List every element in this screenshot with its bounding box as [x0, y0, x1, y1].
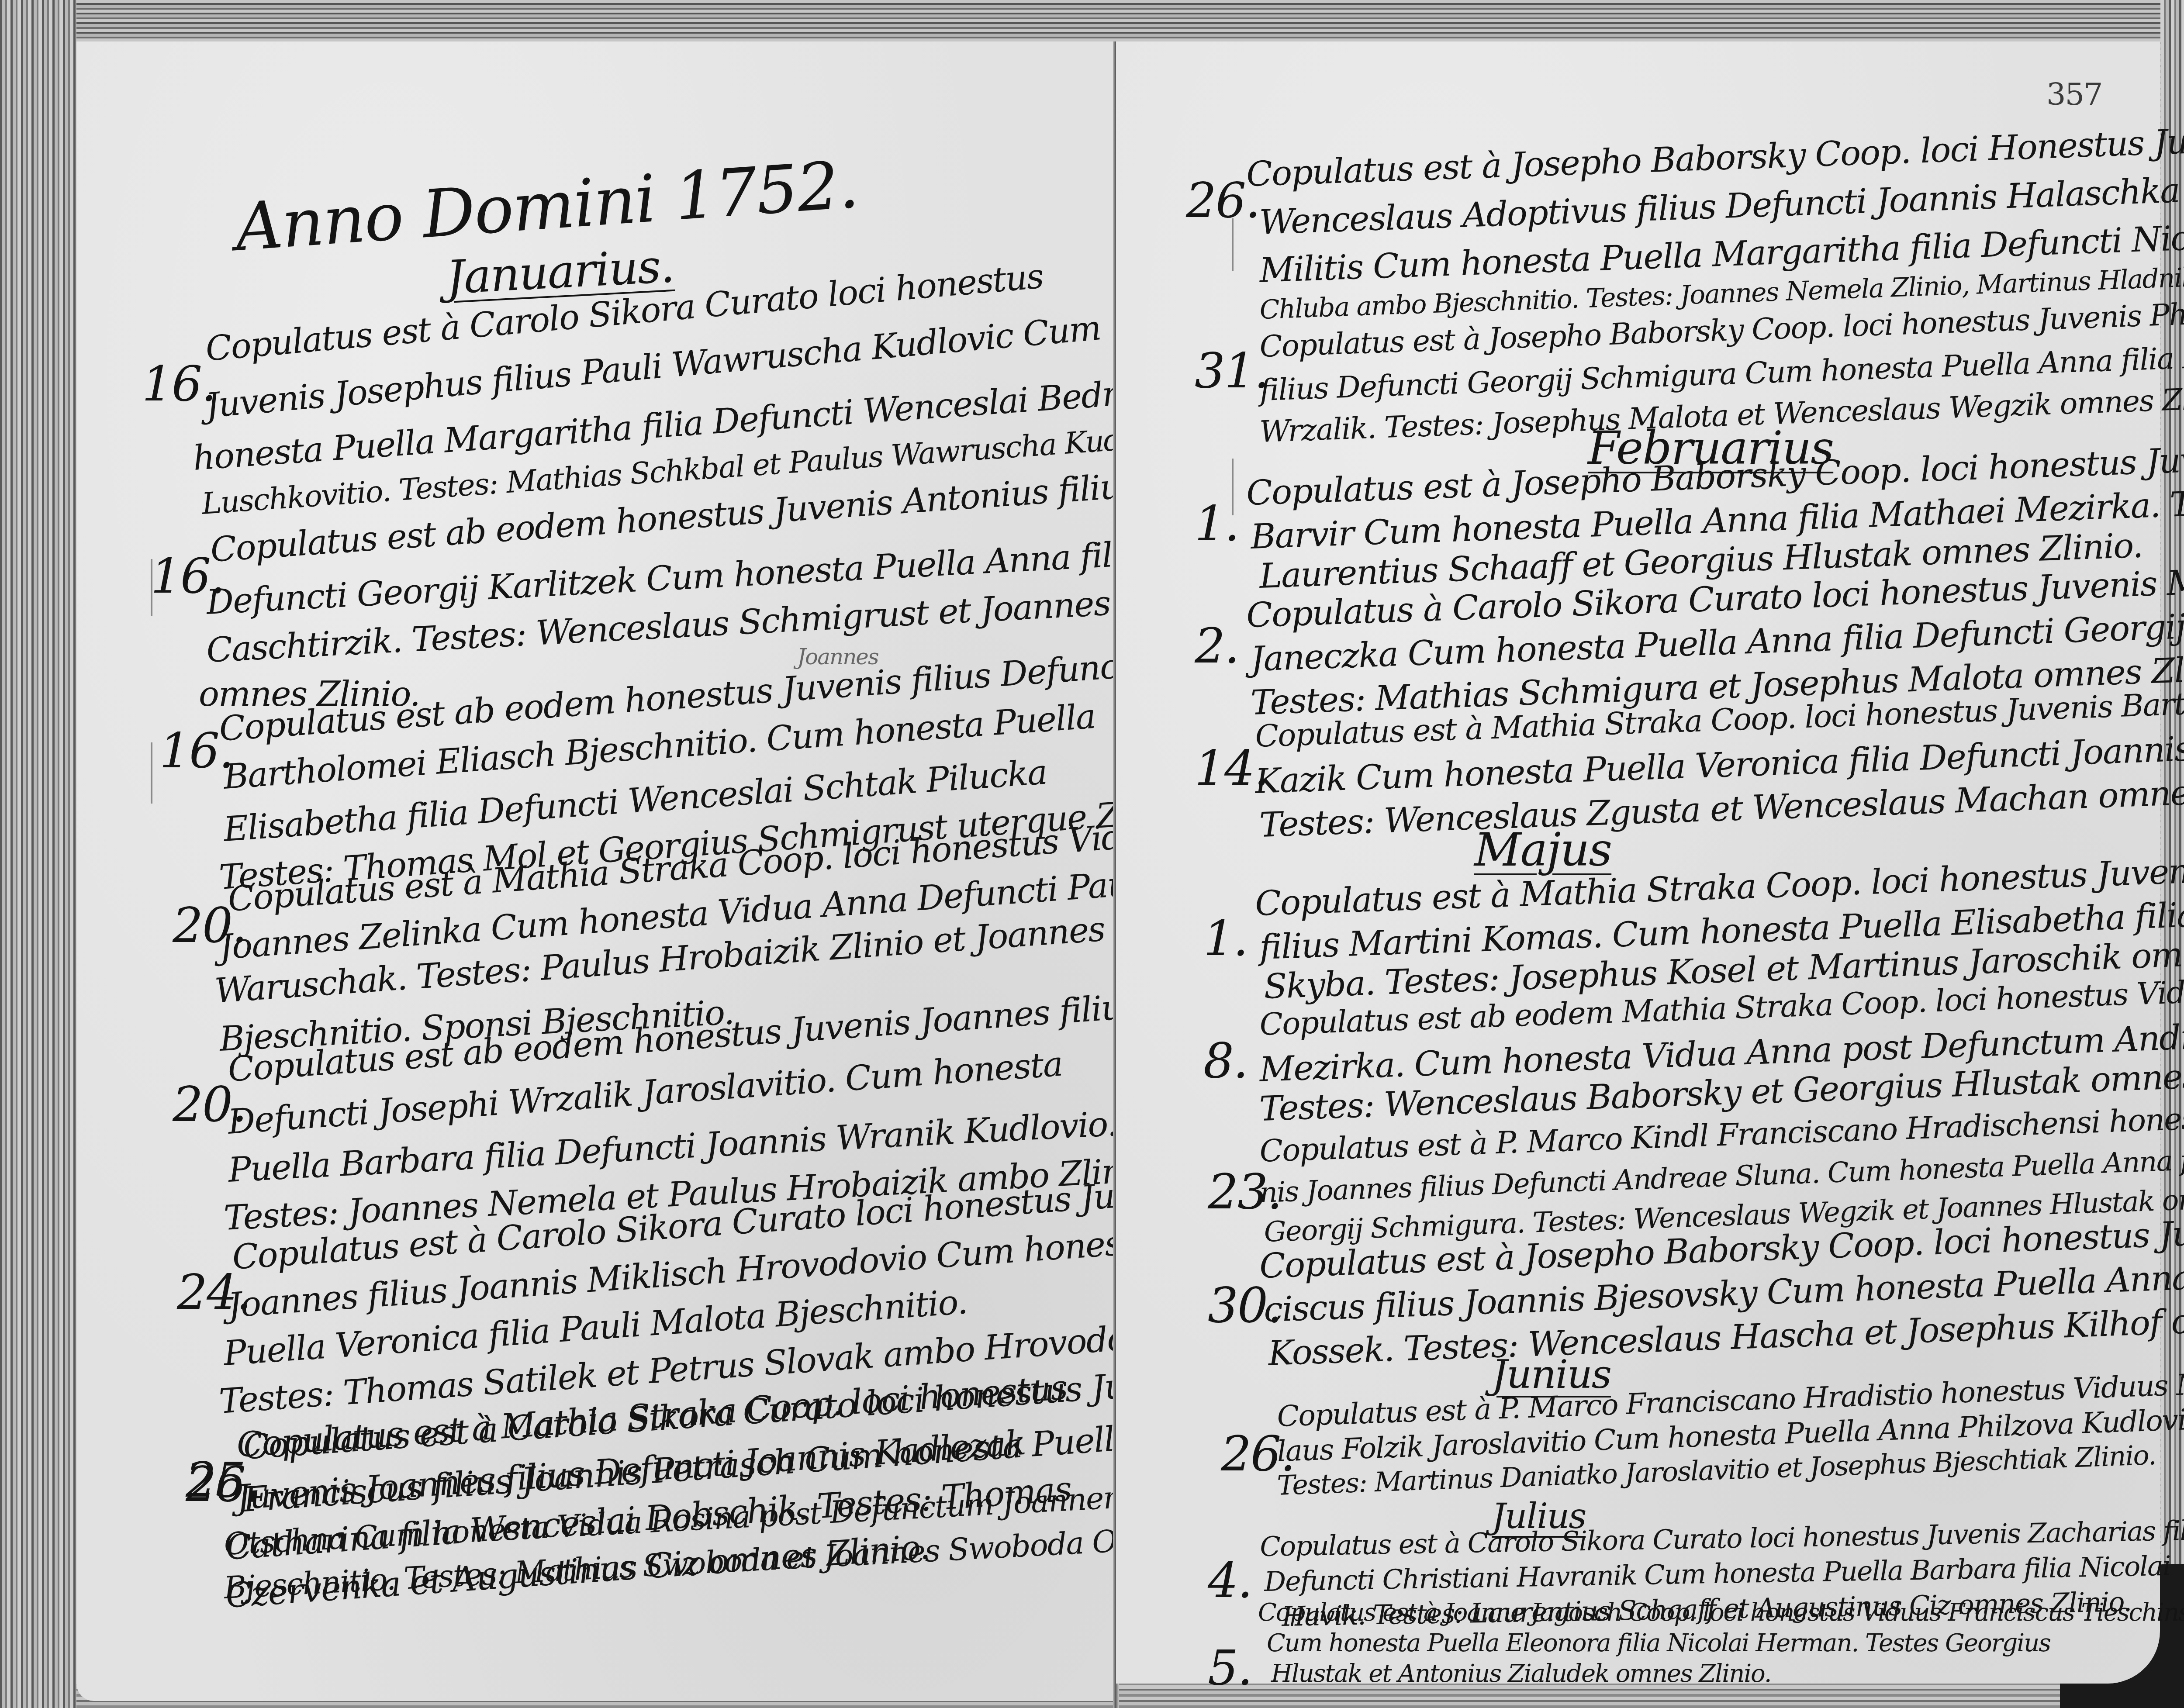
pencil-margin-mark [1232, 459, 1234, 515]
entry-day: 31. [1195, 343, 1268, 399]
entry-day: 8. [1203, 1033, 1248, 1089]
page-stack-top-edge [0, 0, 2184, 41]
entry-day: 2. [1195, 618, 1239, 674]
pencil-margin-mark [1232, 218, 1234, 271]
entry-line: Hlustak et Antonius Zialudek omnes Zlini… [1271, 1660, 1771, 1688]
pencil-margin-mark [151, 742, 152, 804]
right-page: 357 26. Copulatus est à Josepho Baborsky… [1116, 41, 2160, 1684]
entry-day: 16. [142, 356, 216, 412]
entry-day: 5. [1208, 1640, 1252, 1696]
entry-line: Cum honesta Puella Eleonora filia Nicola… [1267, 1629, 2050, 1657]
entry-line: Copulatus est à Joanne Jagosch Coop. loc… [1258, 1598, 2184, 1627]
marginal-note: Joannes [797, 644, 878, 669]
page-number: 357 [2046, 76, 2102, 112]
entry-day: 4. [1208, 1553, 1252, 1608]
month-heading-majus: Majus [1474, 823, 1611, 876]
page-stack-left-edge [0, 0, 76, 1708]
pencil-margin-mark [151, 559, 152, 616]
entry-day: 1. [1203, 911, 1248, 966]
